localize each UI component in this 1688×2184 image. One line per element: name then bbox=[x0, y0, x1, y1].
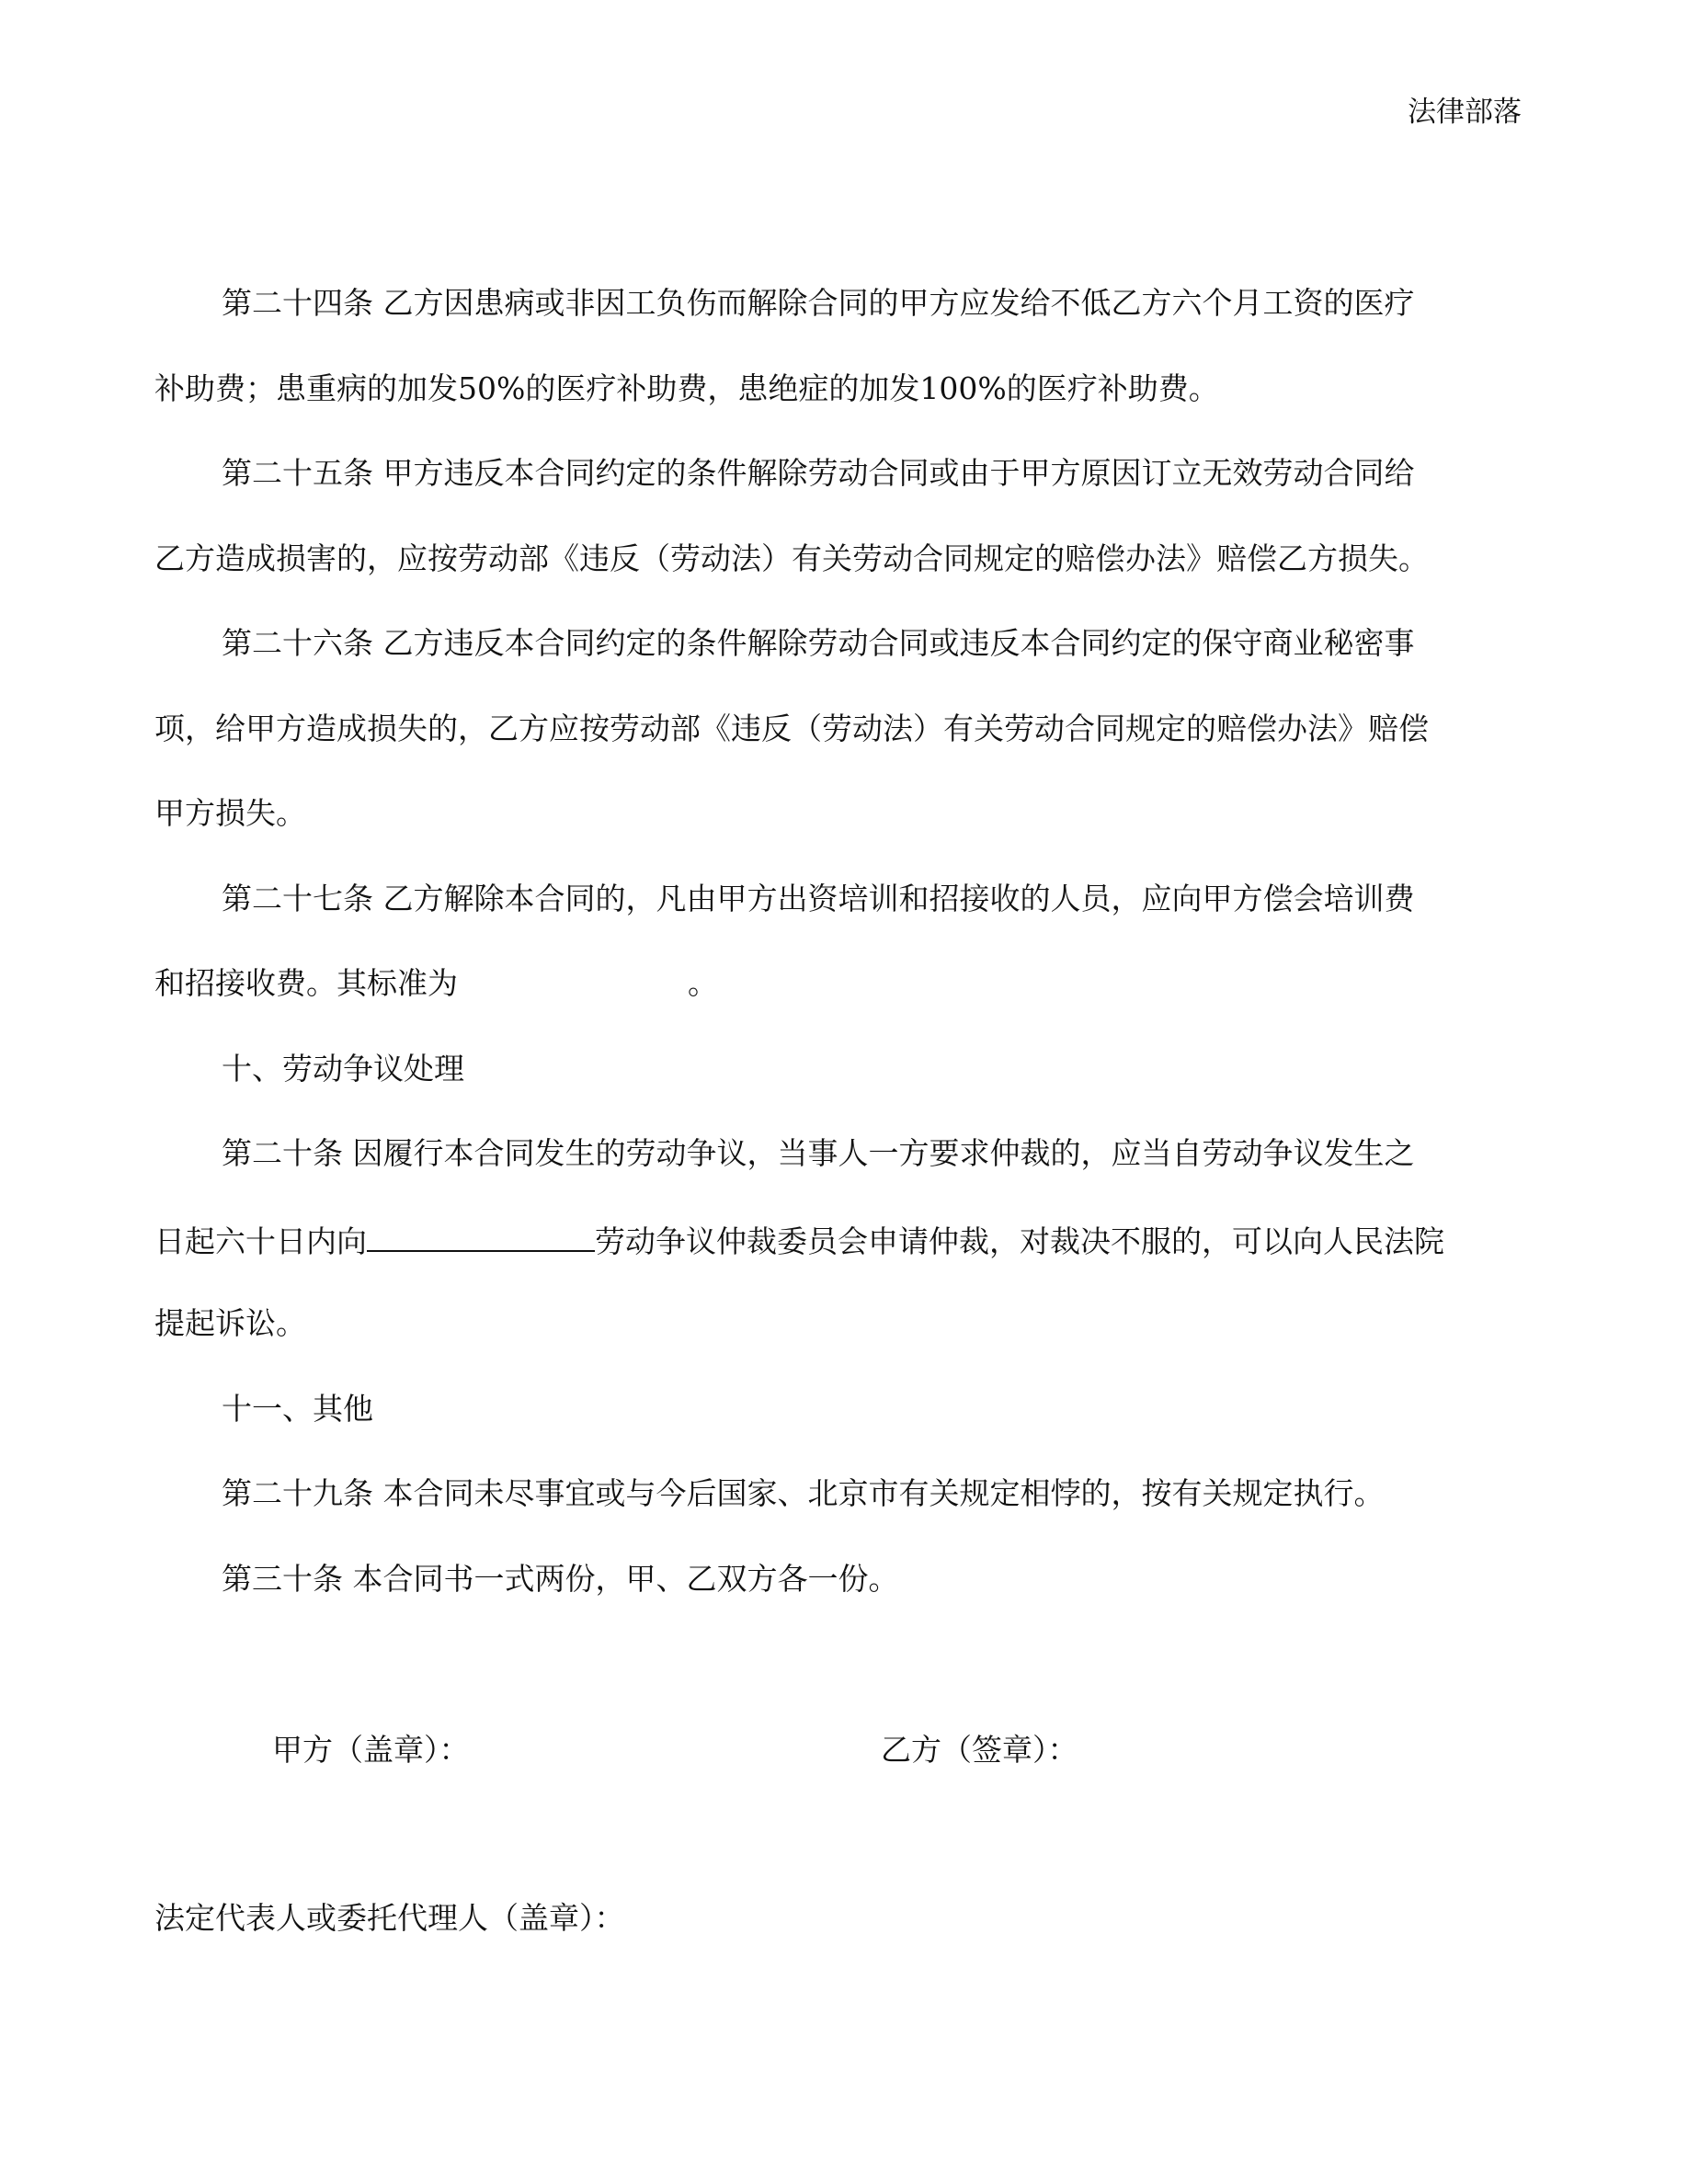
article-20-blank-prefix: 日起六十日内向 bbox=[154, 1223, 367, 1259]
article-25-line-2: 乙方造成损害的，应按劳动部《违反（劳动法）有关劳动合同规定的赔偿办法》赔偿乙方损… bbox=[154, 537, 1524, 622]
article-20-line-3: 提起诉讼。 bbox=[154, 1302, 1524, 1387]
section-11-heading: 十一、其他 bbox=[154, 1387, 1524, 1473]
legal-representative-seal-label: 法定代表人或委托代理人（盖章）： bbox=[154, 1896, 625, 1940]
article-26-line-2: 项，给甲方造成损失的，乙方应按劳动部《违反（劳动法）有关劳动合同规定的赔偿办法》… bbox=[154, 707, 1524, 792]
article-27-tail-suffix: 。 bbox=[688, 965, 718, 1001]
article-27-tail-prefix: 和招接收费。其标准为 bbox=[154, 965, 458, 1001]
party-a-seal-label: 甲方（盖章）： bbox=[272, 1728, 470, 1772]
section-10-heading: 十、劳动争议处理 bbox=[154, 1047, 1524, 1132]
article-20-line-2: 日起六十日内向劳动争议仲裁委员会申请仲裁，对裁决不服的，可以向人民法院 bbox=[154, 1217, 1524, 1302]
article-29-line-1: 第二十九条 本合同未尽事宜或与今后国家、北京市有关规定相悖的，按有关规定执行。 bbox=[154, 1472, 1524, 1557]
article-26-line-1: 第二十六条 乙方违反本合同约定的条件解除劳动合同或违反本合同约定的保守商业秘密事 bbox=[154, 621, 1524, 707]
article-30-line-1: 第三十条 本合同书一式两份，甲、乙双方各一份。 bbox=[154, 1557, 1524, 1643]
article-27-line-2: 和招接收费。其标准为。 bbox=[154, 961, 1524, 1047]
arbitration-committee-blank[interactable] bbox=[367, 1217, 595, 1252]
document-body: 第二十四条 乙方因患病或非因工负伤而解除合同的甲方应发给不低乙方六个月工资的医疗… bbox=[154, 281, 1524, 1642]
article-27-line-1: 第二十七条 乙方解除本合同的，凡由甲方出资培训和招接收的人员，应向甲方偿会培训费 bbox=[154, 877, 1524, 962]
page-header-label: 法律部落 bbox=[1408, 96, 1522, 129]
article-26-line-3: 甲方损失。 bbox=[154, 791, 1524, 877]
article-24-line-1: 第二十四条 乙方因患病或非因工负伤而解除合同的甲方应发给不低乙方六个月工资的医疗 bbox=[154, 281, 1524, 367]
article-24-line-2: 补助费；患重病的加发50%的医疗补助费，患绝症的加发100%的医疗补助费。 bbox=[154, 367, 1524, 452]
article-20-line-1: 第二十条 因履行本合同发生的劳动争议，当事人一方要求仲裁的，应当自劳动争议发生之 bbox=[154, 1132, 1524, 1217]
article-25-line-1: 第二十五条 甲方违反本合同约定的条件解除劳动合同或由于甲方原因订立无效劳动合同给 bbox=[154, 451, 1524, 537]
article-20-blank-suffix: 劳动争议仲裁委员会申请仲裁，对裁决不服的，可以向人民法院 bbox=[595, 1223, 1444, 1259]
party-b-signature-label: 乙方（签章）： bbox=[881, 1728, 1078, 1772]
